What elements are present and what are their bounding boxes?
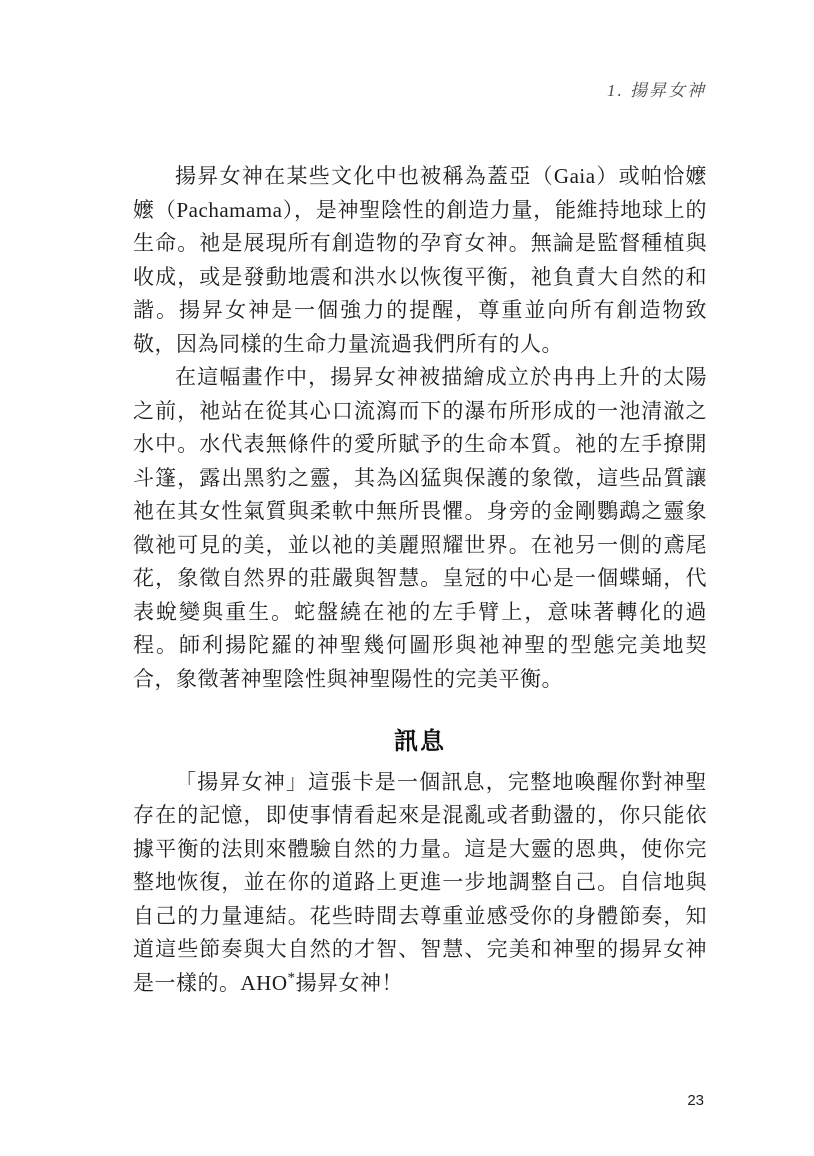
page-number: 23 [687, 1092, 704, 1109]
paragraph-3-closing: 揚昇女神！ [296, 971, 404, 995]
section-heading: 訊息 [133, 726, 707, 760]
body-paragraph-2: 在這幅畫作中，揚昇女神被描繪成立於冉冉上升的太陽之前，祂站在從其心口流瀉而下的瀑… [133, 361, 707, 696]
body-paragraph-1: 揚昇女神在某些文化中也被稱為蓋亞（Gaia）或帕恰嬤嬤（Pachamama），是… [133, 160, 707, 361]
footnote-asterisk: * [288, 970, 296, 986]
running-header: 1. 揚昇女神 [607, 76, 706, 101]
page-content: 揚昇女神在某些文化中也被稱為蓋亞（Gaia）或帕恰嬤嬤（Pachamama），是… [133, 160, 707, 1000]
paragraph-3-text: 「揚昇女神」這張卡是一個訊息，完整地喚醒你對神聖存在的記憶，即使事情看起來是混亂… [133, 770, 707, 995]
body-paragraph-3: 「揚昇女神」這張卡是一個訊息，完整地喚醒你對神聖存在的記憶，即使事情看起來是混亂… [133, 766, 707, 1001]
document-page: 1. 揚昇女神 揚昇女神在某些文化中也被稱為蓋亞（Gaia）或帕恰嬤嬤（Pach… [0, 0, 814, 1156]
